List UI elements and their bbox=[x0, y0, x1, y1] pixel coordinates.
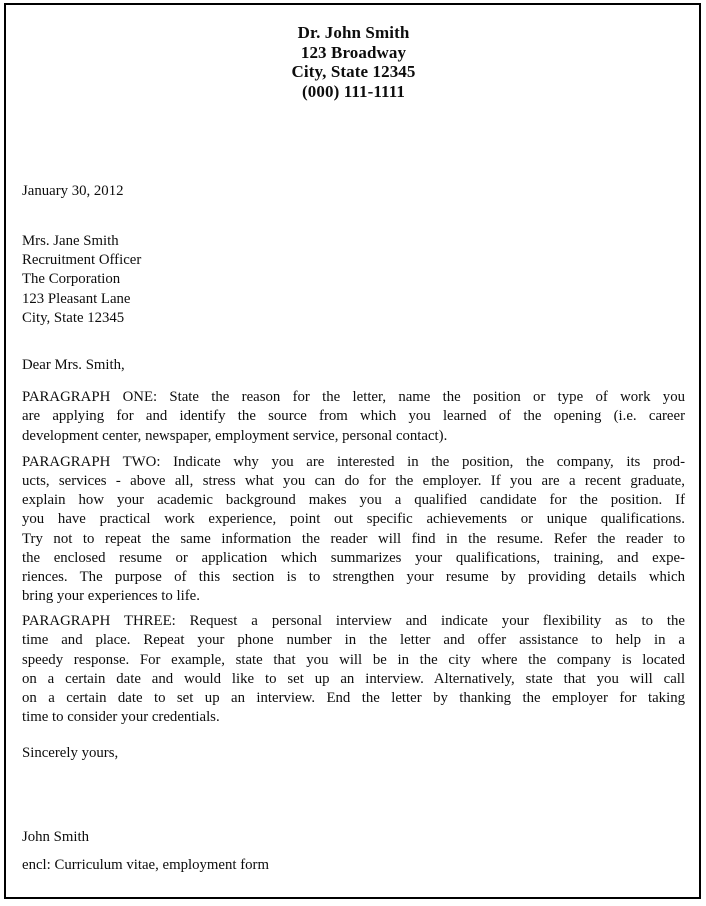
salutation: Dear Mrs. Smith, bbox=[22, 356, 685, 375]
recipient-name: Mrs. Jane Smith bbox=[22, 232, 685, 251]
closing-line: Sincerely yours, bbox=[22, 744, 685, 763]
paragraph-line: on a certain date to set up an interview… bbox=[22, 689, 685, 708]
recipient-block: Mrs. Jane Smith Recruitment Officer The … bbox=[22, 232, 685, 328]
sender-phone: (000) 111-1111 bbox=[22, 82, 685, 102]
sender-street: 123 Broadway bbox=[22, 43, 685, 63]
paragraph-line: PARAGRAPH TWO: Indicate why you are inte… bbox=[22, 453, 685, 472]
paragraph-line: the enclosed resume or application which… bbox=[22, 549, 685, 568]
paragraph-three: PARAGRAPH THREE: Request a personal inte… bbox=[22, 612, 685, 727]
paragraph-two: PARAGRAPH TWO: Indicate why you are inte… bbox=[22, 453, 685, 607]
sender-city: City, State 12345 bbox=[22, 62, 685, 82]
sender-block: Dr. John Smith 123 Broadway City, State … bbox=[22, 23, 685, 102]
paragraph-line: on a certain date and would like to set … bbox=[22, 670, 685, 689]
paragraph-line: speedy response. For example, state that… bbox=[22, 651, 685, 670]
recipient-title: Recruitment Officer bbox=[22, 251, 685, 270]
date-line: January 30, 2012 bbox=[22, 182, 685, 201]
paragraph-line: bring your experiences to life. bbox=[22, 587, 685, 606]
letter-document: Dr. John Smith 123 Broadway City, State … bbox=[0, 0, 706, 906]
paragraph-line: PARAGRAPH ONE: State the reason for the … bbox=[22, 388, 685, 407]
paragraph-line: time to consider your credentials. bbox=[22, 708, 685, 727]
paragraph-one: PARAGRAPH ONE: State the reason for the … bbox=[22, 388, 685, 446]
page-border-frame: Dr. John Smith 123 Broadway City, State … bbox=[4, 3, 701, 899]
recipient-city: City, State 12345 bbox=[22, 309, 685, 328]
paragraph-line: PARAGRAPH THREE: Request a personal inte… bbox=[22, 612, 685, 631]
signature-name: John Smith bbox=[22, 828, 685, 847]
recipient-company: The Corporation bbox=[22, 270, 685, 289]
paragraph-line: riences. The purpose of this section is … bbox=[22, 568, 685, 587]
enclosure-note: encl: Curriculum vitae, employment form bbox=[22, 856, 685, 875]
paragraph-line: are applying for and identify the source… bbox=[22, 407, 685, 426]
paragraph-line: ucts, services - above all, stress what … bbox=[22, 472, 685, 491]
sender-name: Dr. John Smith bbox=[22, 23, 685, 43]
paragraph-line: explain how your academic background mak… bbox=[22, 491, 685, 510]
paragraph-line: you have practical work experience, poin… bbox=[22, 510, 685, 529]
recipient-street: 123 Pleasant Lane bbox=[22, 290, 685, 309]
paragraph-line: Try not to repeat the same information t… bbox=[22, 530, 685, 549]
paragraph-line: development center, newspaper, employmen… bbox=[22, 427, 685, 446]
paragraph-line: time and place. Repeat your phone number… bbox=[22, 631, 685, 650]
